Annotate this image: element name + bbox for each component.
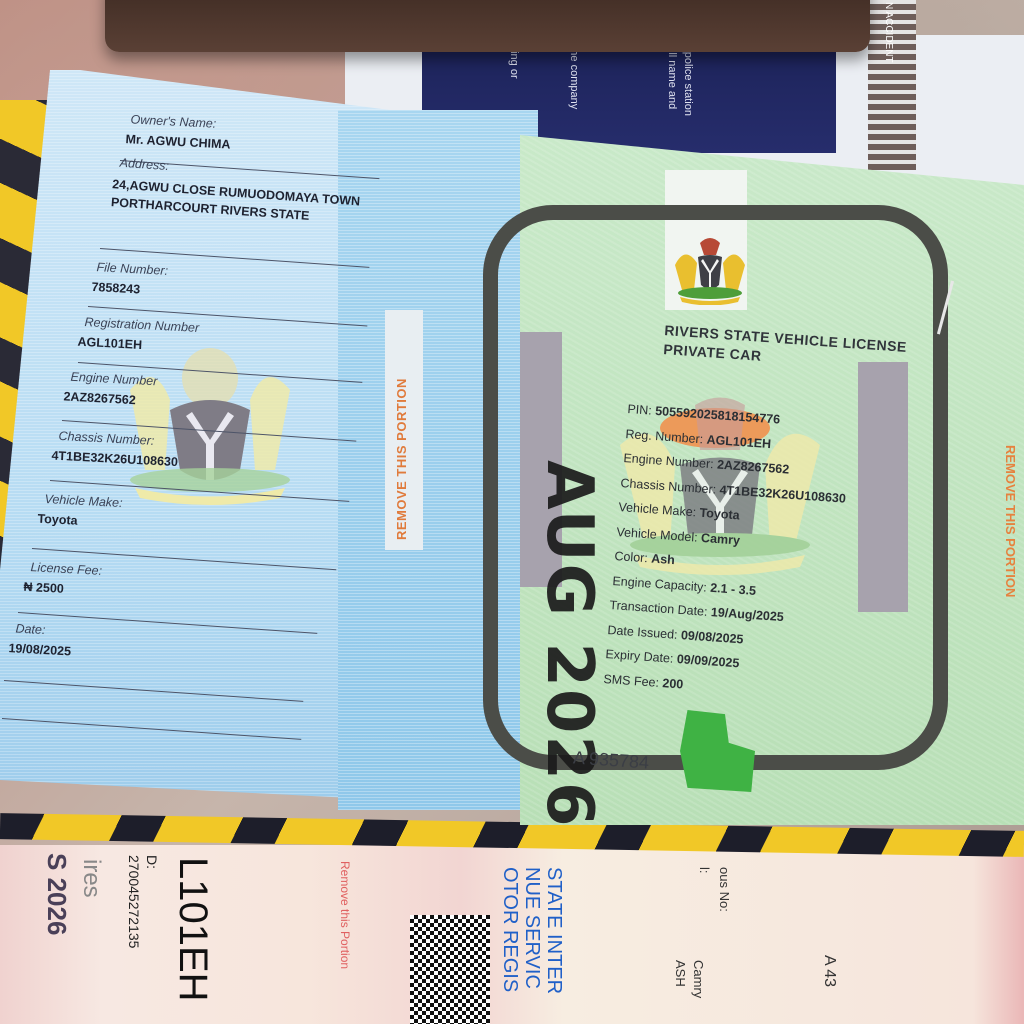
validity-stamp: AUG 2026 <box>532 460 606 828</box>
date-label: Date: <box>15 622 72 639</box>
license-detail-label: PIN: <box>627 402 656 418</box>
stub-field-make: Vehicle Make: Toyota <box>43 492 123 530</box>
lower-doc-model-label: l: <box>697 867 712 874</box>
remove-portion-label-right: REMOVE THIS PORTION <box>1003 445 1018 597</box>
coat-of-arms-top <box>670 235 750 305</box>
vehicle-make-label: Vehicle Make: <box>44 492 123 510</box>
vehicle-license-document: Owner's Name: Mr. AGWU CHIMA Address: 24… <box>0 70 1024 830</box>
stub-field-registration: Registration Number AGL101EH <box>83 315 199 355</box>
stub-field-date: Date: 19/08/2025 <box>14 622 72 659</box>
stub-field-engine: Engine Number 2AZ8267562 <box>69 370 158 408</box>
license-detail-value: Ash <box>651 552 676 568</box>
lower-doc-id-label: D: <box>144 855 160 869</box>
stub-field-file-number: File Number: 7858243 <box>95 260 168 298</box>
lower-doc-year: S 2026 <box>41 853 72 935</box>
stub-field-license-fee: License Fee: ₦ 2500 <box>29 560 102 598</box>
license-detail-value: 2.1 - 3.5 <box>709 580 756 597</box>
stub-field-owner: Owner's Name: Mr. AGWU CHIMA <box>129 112 232 151</box>
grey-bar-right <box>858 362 908 612</box>
lower-doc-serial: A 43 <box>820 955 838 987</box>
lower-doc-remove-label: Remove this Portion <box>338 861 352 969</box>
license-fee-label: License Fee: <box>30 560 102 578</box>
lower-document: S 2026 ires D: 2700452721​35 L101EH Remo… <box>0 845 1024 1024</box>
license-detail-label: Color: <box>614 549 652 566</box>
lower-doc-plate: L101EH <box>170 857 215 1002</box>
license-detail-value: 200 <box>662 676 684 691</box>
lower-doc-model-value: Camry <box>691 960 706 998</box>
license-detail-value: Camry <box>701 530 741 547</box>
qr-strip-label: N ACCIDENT <box>883 2 894 63</box>
lower-doc-qr-code <box>410 915 490 1024</box>
stub-field-chassis: Chassis Number: 4T1BE32K26U108630 <box>57 429 179 469</box>
lower-doc-agency-line: STATE INTER <box>542 867 565 994</box>
file-number-label: File Number: <box>96 260 168 278</box>
lower-doc-agency-line: NUE SERVIC <box>520 867 543 989</box>
lower-doc-color-value: ASH <box>673 960 688 987</box>
lower-doc-id-value: 2700452721​35 <box>126 855 142 948</box>
remove-portion-label: REMOVE THIS PORTION <box>394 378 409 540</box>
license-detail-value: Toyota <box>699 506 740 523</box>
lower-doc-expires: ires <box>77 859 105 898</box>
lower-doc-previous-no-label: ous No: <box>717 867 732 912</box>
lower-doc-agency-line: OTOR REGIS <box>498 867 521 992</box>
wallet-edge <box>105 0 870 52</box>
